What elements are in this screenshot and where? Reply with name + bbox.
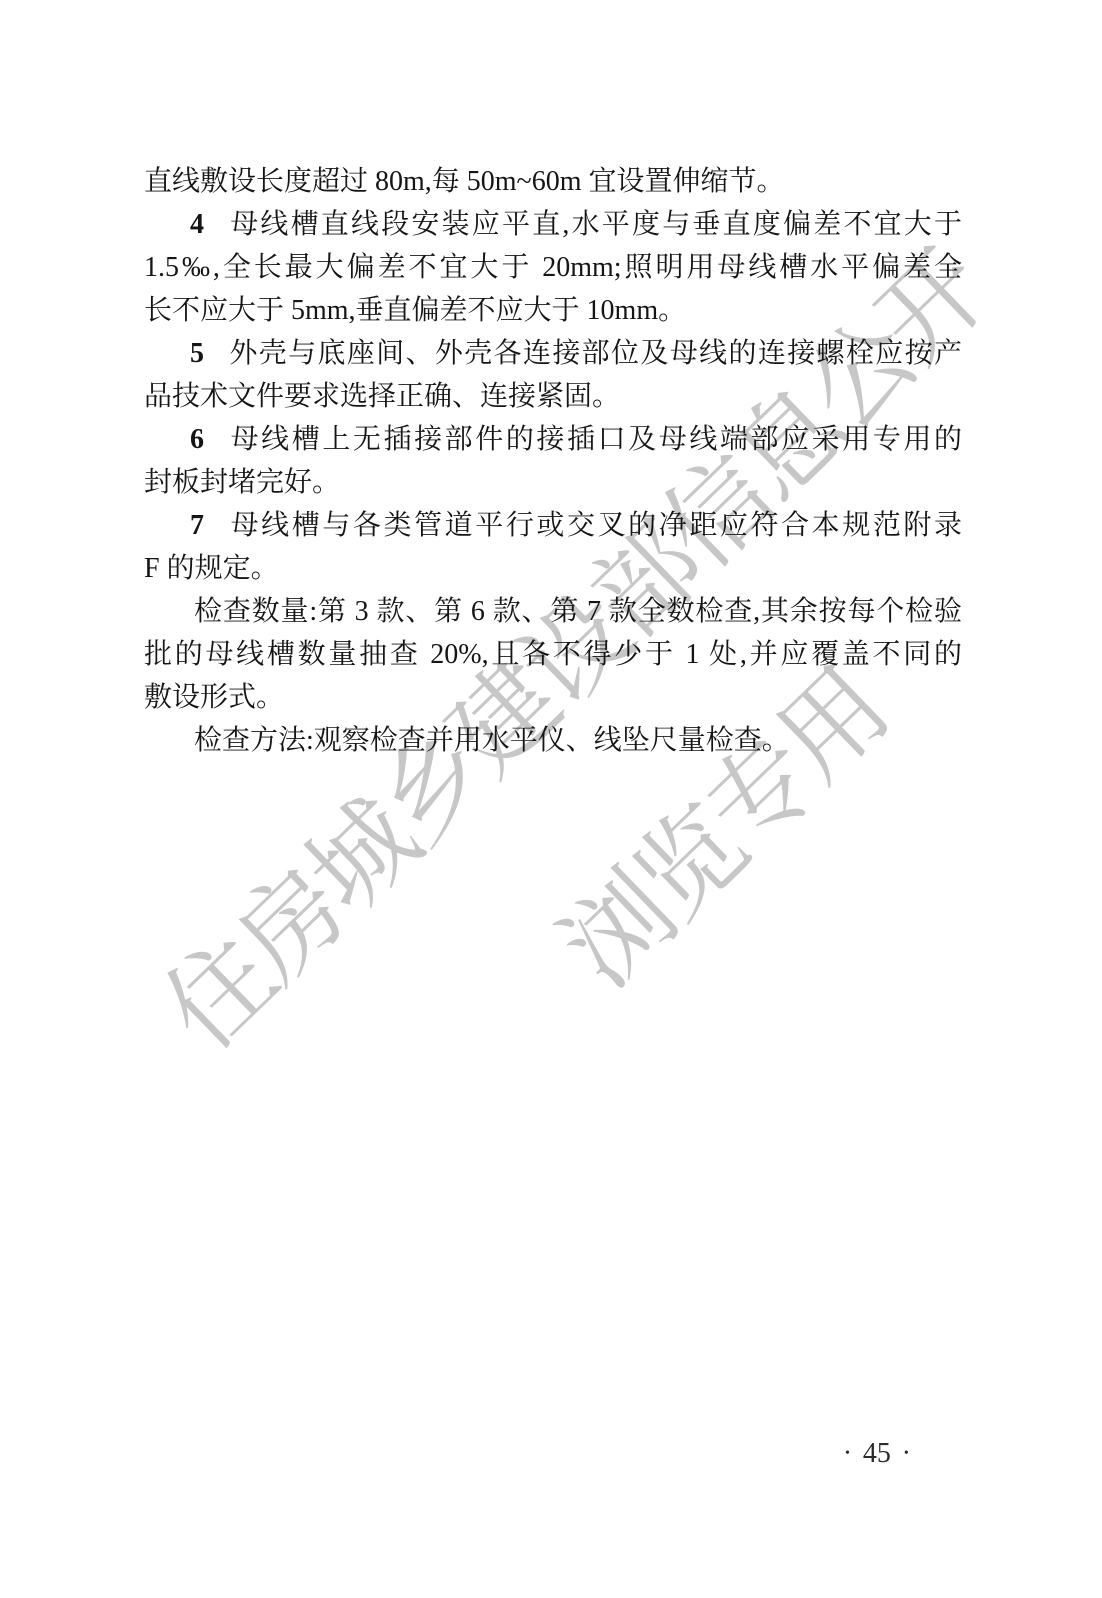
item-number: 6 bbox=[190, 424, 204, 455]
text-line: 7母线槽与各类管道平行或交叉的净距应符合本规范附录 bbox=[144, 504, 962, 547]
document-content: 直线敷设长度超过 80m,每 50m~60m 宜设置伸缩节。4母线槽直线段安装应… bbox=[144, 160, 962, 762]
text-line: 批的母线槽数量抽查 20%,且各不得少于 1 处,并应覆盖不同的 bbox=[144, 633, 962, 676]
page-number-right-dot: • bbox=[904, 1447, 909, 1461]
line-text: 长不应大于 5mm,垂直偏差不应大于 10mm。 bbox=[144, 295, 686, 326]
text-line: 1.5‰,全长最大偏差不宜大于 20mm;照明用母线槽水平偏差全 bbox=[144, 246, 962, 289]
line-text: 封板封堵完好。 bbox=[144, 467, 340, 498]
line-text: 品技术文件要求选择正确、连接紧固。 bbox=[144, 381, 620, 412]
document-page: 住房城乡建设部信息公开 浏览专用 直线敷设长度超过 80m,每 50m~60m … bbox=[0, 0, 1102, 1598]
line-text: 直线敷设长度超过 80m,每 50m~60m 宜设置伸缩节。 bbox=[144, 166, 785, 197]
line-text: 敷设形式。 bbox=[144, 682, 284, 713]
text-line: 6母线槽上无插接部件的接插口及母线端部应采用专用的 bbox=[144, 418, 962, 461]
text-line: 敷设形式。 bbox=[144, 676, 962, 719]
page-number-value: 45 bbox=[863, 1438, 891, 1470]
text-line: 4母线槽直线段安装应平直,水平度与垂直度偏差不宜大于 bbox=[144, 203, 962, 246]
item-number: 4 bbox=[190, 209, 204, 240]
line-text: 母线槽直线段安装应平直,水平度与垂直度偏差不宜大于 bbox=[228, 209, 962, 240]
text-line: 长不应大于 5mm,垂直偏差不应大于 10mm。 bbox=[144, 289, 962, 332]
line-text: 检查方法:观察检查并用水平仪、线坠尺量检查。 bbox=[194, 725, 790, 756]
text-line: 5外壳与底座间、外壳各连接部位及母线的连接螺栓应按产 bbox=[144, 332, 962, 375]
text-line: 检查方法:观察检查并用水平仪、线坠尺量检查。 bbox=[144, 719, 962, 762]
item-number: 5 bbox=[190, 338, 204, 369]
line-text: 母线槽与各类管道平行或交叉的净距应符合本规范附录 bbox=[228, 510, 962, 541]
line-text: F 的规定。 bbox=[144, 553, 279, 584]
text-line: 封板封堵完好。 bbox=[144, 461, 962, 504]
line-text: 外壳与底座间、外壳各连接部位及母线的连接螺栓应按产 bbox=[228, 338, 962, 369]
line-text: 母线槽上无插接部件的接插口及母线端部应采用专用的 bbox=[228, 424, 962, 455]
text-line: 检查数量:第 3 款、第 6 款、第 7 款全数检查,其余按每个检验 bbox=[144, 590, 962, 633]
line-text: 1.5‰,全长最大偏差不宜大于 20mm;照明用母线槽水平偏差全 bbox=[144, 252, 962, 283]
item-number: 7 bbox=[190, 510, 204, 541]
line-text: 批的母线槽数量抽查 20%,且各不得少于 1 处,并应覆盖不同的 bbox=[144, 639, 962, 670]
page-number-left-dot: • bbox=[845, 1447, 850, 1461]
line-text: 检查数量:第 3 款、第 6 款、第 7 款全数检查,其余按每个检验 bbox=[194, 596, 962, 627]
text-line: F 的规定。 bbox=[144, 547, 962, 590]
text-line: 品技术文件要求选择正确、连接紧固。 bbox=[144, 375, 962, 418]
page-number: • 45 • bbox=[845, 1438, 909, 1470]
text-line: 直线敷设长度超过 80m,每 50m~60m 宜设置伸缩节。 bbox=[144, 160, 962, 203]
